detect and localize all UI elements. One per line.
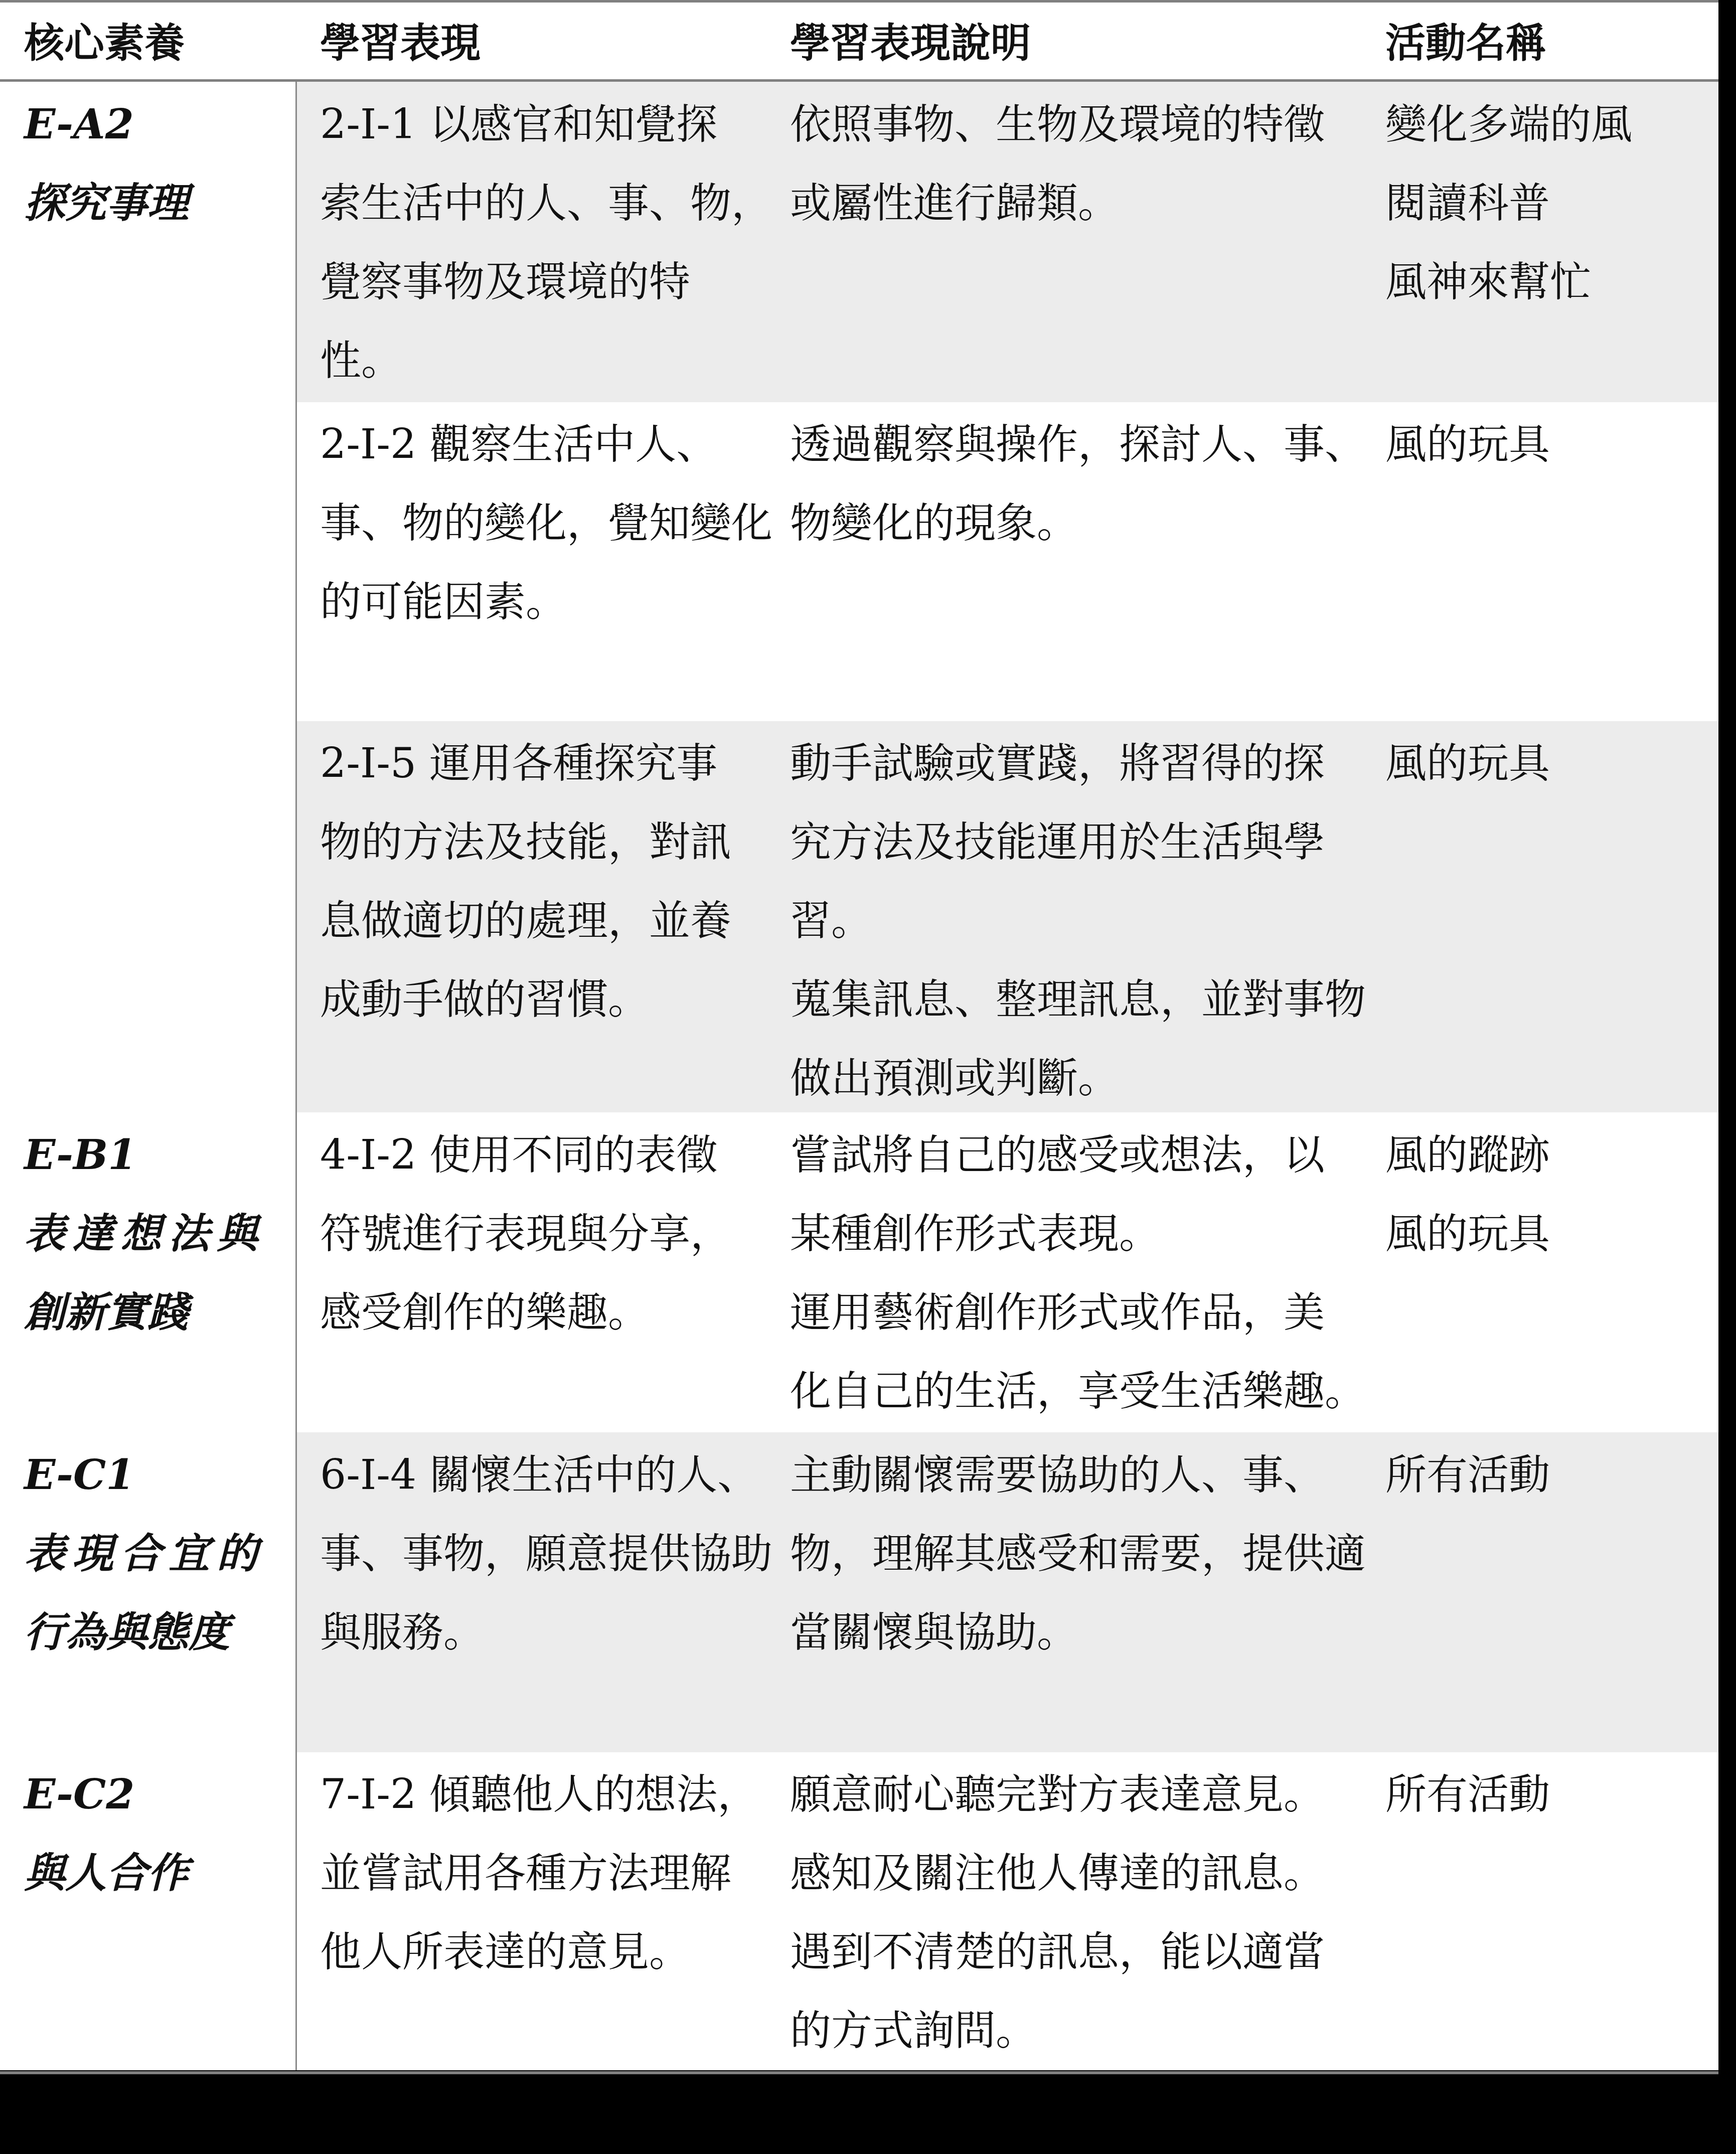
row-5-description: 主動關懷需要協助的人、事、 物，理解其感受和需要，提供適 當關懷與協助。: [790, 1436, 1357, 1672]
row-3-description: 動手試驗或實踐，將習得的探 究方法及技能運用於生活與學 習。 蒐集訊息、整理訊息…: [790, 724, 1357, 1118]
text-line: 並嘗試用各種方法理解: [320, 1834, 751, 1913]
row-4-activity: 風的蹤跡 風的玩具: [1385, 1116, 1696, 1273]
text-line: 或屬性進行歸類。: [790, 164, 1357, 243]
text-line: 透過觀察與操作，探討人、事、: [790, 405, 1357, 484]
core-name: 表達想法與: [24, 1195, 275, 1273]
text-line: 做出預測或判斷。: [790, 1039, 1357, 1118]
row-5-performance: 6-I-4 關懷生活中的人、 事、事物，願意提供協助 與服務。: [320, 1436, 751, 1672]
row-4-description: 嘗試將自己的感受或想法，以 某種創作形式表現。 運用藝術創作形式或作品，美 化自…: [790, 1116, 1357, 1431]
core-name: 行為與態度: [24, 1593, 275, 1672]
row-3-performance: 2-I-5 運用各種探究事 物的方法及技能，對訊 息做適切的處理，並養 成動手做…: [320, 724, 751, 1039]
text-line: 運用藝術創作形式或作品，美: [790, 1273, 1357, 1352]
text-line: 2-I-5 運用各種探究事: [320, 724, 751, 803]
core-code: E-A2: [24, 85, 189, 164]
text-line: 依照事物、生物及環境的特徵: [790, 85, 1357, 164]
text-line: 2-I-2 觀察生活中人、: [320, 405, 751, 484]
core-name: 探究事理: [24, 164, 189, 243]
row-1-description: 依照事物、生物及環境的特徵 或屬性進行歸類。: [790, 85, 1357, 243]
text-line: 的可能因素。: [320, 563, 751, 641]
text-line: 7-I-2 傾聽他人的想法，: [320, 1755, 751, 1834]
row-4-performance: 4-I-2 使用不同的表徵 符號進行表現與分享， 感受創作的樂趣。: [320, 1116, 751, 1352]
core-code: E-C1: [24, 1436, 275, 1515]
row-2-performance: 2-I-2 觀察生活中人、 事、物的變化，覺知變化 的可能因素。: [320, 405, 751, 641]
core-name: 與人合作: [24, 1834, 189, 1913]
text-line: 覺察事物及環境的特: [320, 243, 751, 321]
text-line: 化自己的生活，享受生活樂趣。: [790, 1352, 1357, 1431]
header-description: 學習表現說明: [790, 3, 1031, 79]
text-line: 某種創作形式表現。: [790, 1195, 1357, 1273]
table-bottom-border: [0, 2070, 1718, 2074]
core-group-e-c2: E-C2 與人合作: [24, 1755, 189, 1913]
text-line: 感知及關注他人傳達的訊息。: [790, 1834, 1357, 1913]
text-line: 遇到不清楚的訊息，能以適當: [790, 1913, 1357, 1992]
activity-name: 所有活動: [1385, 1436, 1696, 1515]
text-line: 4-I-2 使用不同的表徵: [320, 1116, 751, 1195]
text-line: 2-I-1 以感官和知覺探: [320, 85, 751, 164]
text-line: 當關懷與協助。: [790, 1593, 1357, 1672]
core-code: E-B1: [24, 1116, 275, 1195]
activity-name: 風的玩具: [1385, 1195, 1696, 1273]
row-3-activity: 風的玩具: [1385, 724, 1696, 803]
activity-name: 閱讀科普: [1385, 164, 1696, 243]
text-line: 習。: [790, 882, 1357, 960]
activity-name: 所有活動: [1385, 1755, 1696, 1834]
table-header: 核心素養 學習表現 學習表現說明 活動名稱: [0, 3, 1718, 79]
activity-name: 風的蹤跡: [1385, 1116, 1696, 1195]
text-line: 事、物的變化，覺知變化: [320, 484, 751, 563]
text-line: 動手試驗或實踐，將習得的探: [790, 724, 1357, 803]
core-group-e-c1: E-C1 表現合宜的 行為與態度: [24, 1436, 275, 1672]
row-1-performance: 2-I-1 以感官和知覺探 索生活中的人、事、物， 覺察事物及環境的特 性。: [320, 85, 751, 400]
text-line: 性。: [320, 321, 751, 400]
core-group-e-a2: E-A2 探究事理: [24, 85, 189, 243]
curriculum-table: 核心素養 學習表現 學習表現說明 活動名稱 E-A2 探究事理 E-B1 表達想…: [0, 0, 1718, 2074]
text-line: 物變化的現象。: [790, 484, 1357, 563]
text-line: 究方法及技能運用於生活與學: [790, 803, 1357, 882]
text-line: 嘗試將自己的感受或想法，以: [790, 1116, 1357, 1195]
activity-name: 風的玩具: [1385, 724, 1696, 803]
activity-name: 風的玩具: [1385, 405, 1696, 484]
activity-name: 風神來幫忙: [1385, 243, 1696, 321]
text-line: 感受創作的樂趣。: [320, 1273, 751, 1352]
header-performance: 學習表現: [320, 3, 481, 79]
header-core: 核心素養: [24, 3, 185, 79]
core-code: E-C2: [24, 1755, 189, 1834]
text-line: 索生活中的人、事、物，: [320, 164, 751, 243]
text-line: 願意耐心聽完對方表達意見。: [790, 1755, 1357, 1834]
row-6-description: 願意耐心聽完對方表達意見。 感知及關注他人傳達的訊息。 遇到不清楚的訊息，能以適…: [790, 1755, 1357, 2070]
header-activity: 活動名稱: [1385, 3, 1546, 79]
text-line: 的方式詢問。: [790, 1992, 1357, 2070]
core-group-e-b1: E-B1 表達想法與 創新實踐: [24, 1116, 275, 1352]
row-2-description: 透過觀察與操作，探討人、事、 物變化的現象。: [790, 405, 1357, 563]
text-line: 6-I-4 關懷生活中的人、: [320, 1436, 751, 1515]
text-line: 物的方法及技能，對訊: [320, 803, 751, 882]
core-name: 創新實踐: [24, 1273, 275, 1352]
column-divider: [295, 82, 297, 2071]
text-line: 息做適切的處理，並養: [320, 882, 751, 960]
text-line: 符號進行表現與分享，: [320, 1195, 751, 1273]
text-line: 他人所表達的意見。: [320, 1913, 751, 1992]
text-line: 物，理解其感受和需要，提供適: [790, 1515, 1357, 1593]
core-name: 表現合宜的: [24, 1515, 275, 1593]
text-line: 與服務。: [320, 1593, 751, 1672]
activity-name: 變化多端的風: [1385, 85, 1696, 164]
row-2-activity: 風的玩具: [1385, 405, 1696, 484]
text-line: 事、事物，願意提供協助: [320, 1515, 751, 1593]
row-5-activity: 所有活動: [1385, 1436, 1696, 1515]
text-line: 主動關懷需要協助的人、事、: [790, 1436, 1357, 1515]
text-line: 成動手做的習慣。: [320, 960, 751, 1039]
row-6-performance: 7-I-2 傾聽他人的想法， 並嘗試用各種方法理解 他人所表達的意見。: [320, 1755, 751, 1992]
row-1-activity: 變化多端的風 閱讀科普 風神來幫忙: [1385, 85, 1696, 321]
row-6-activity: 所有活動: [1385, 1755, 1696, 1834]
text-line: 蒐集訊息、整理訊息，並對事物: [790, 960, 1357, 1039]
